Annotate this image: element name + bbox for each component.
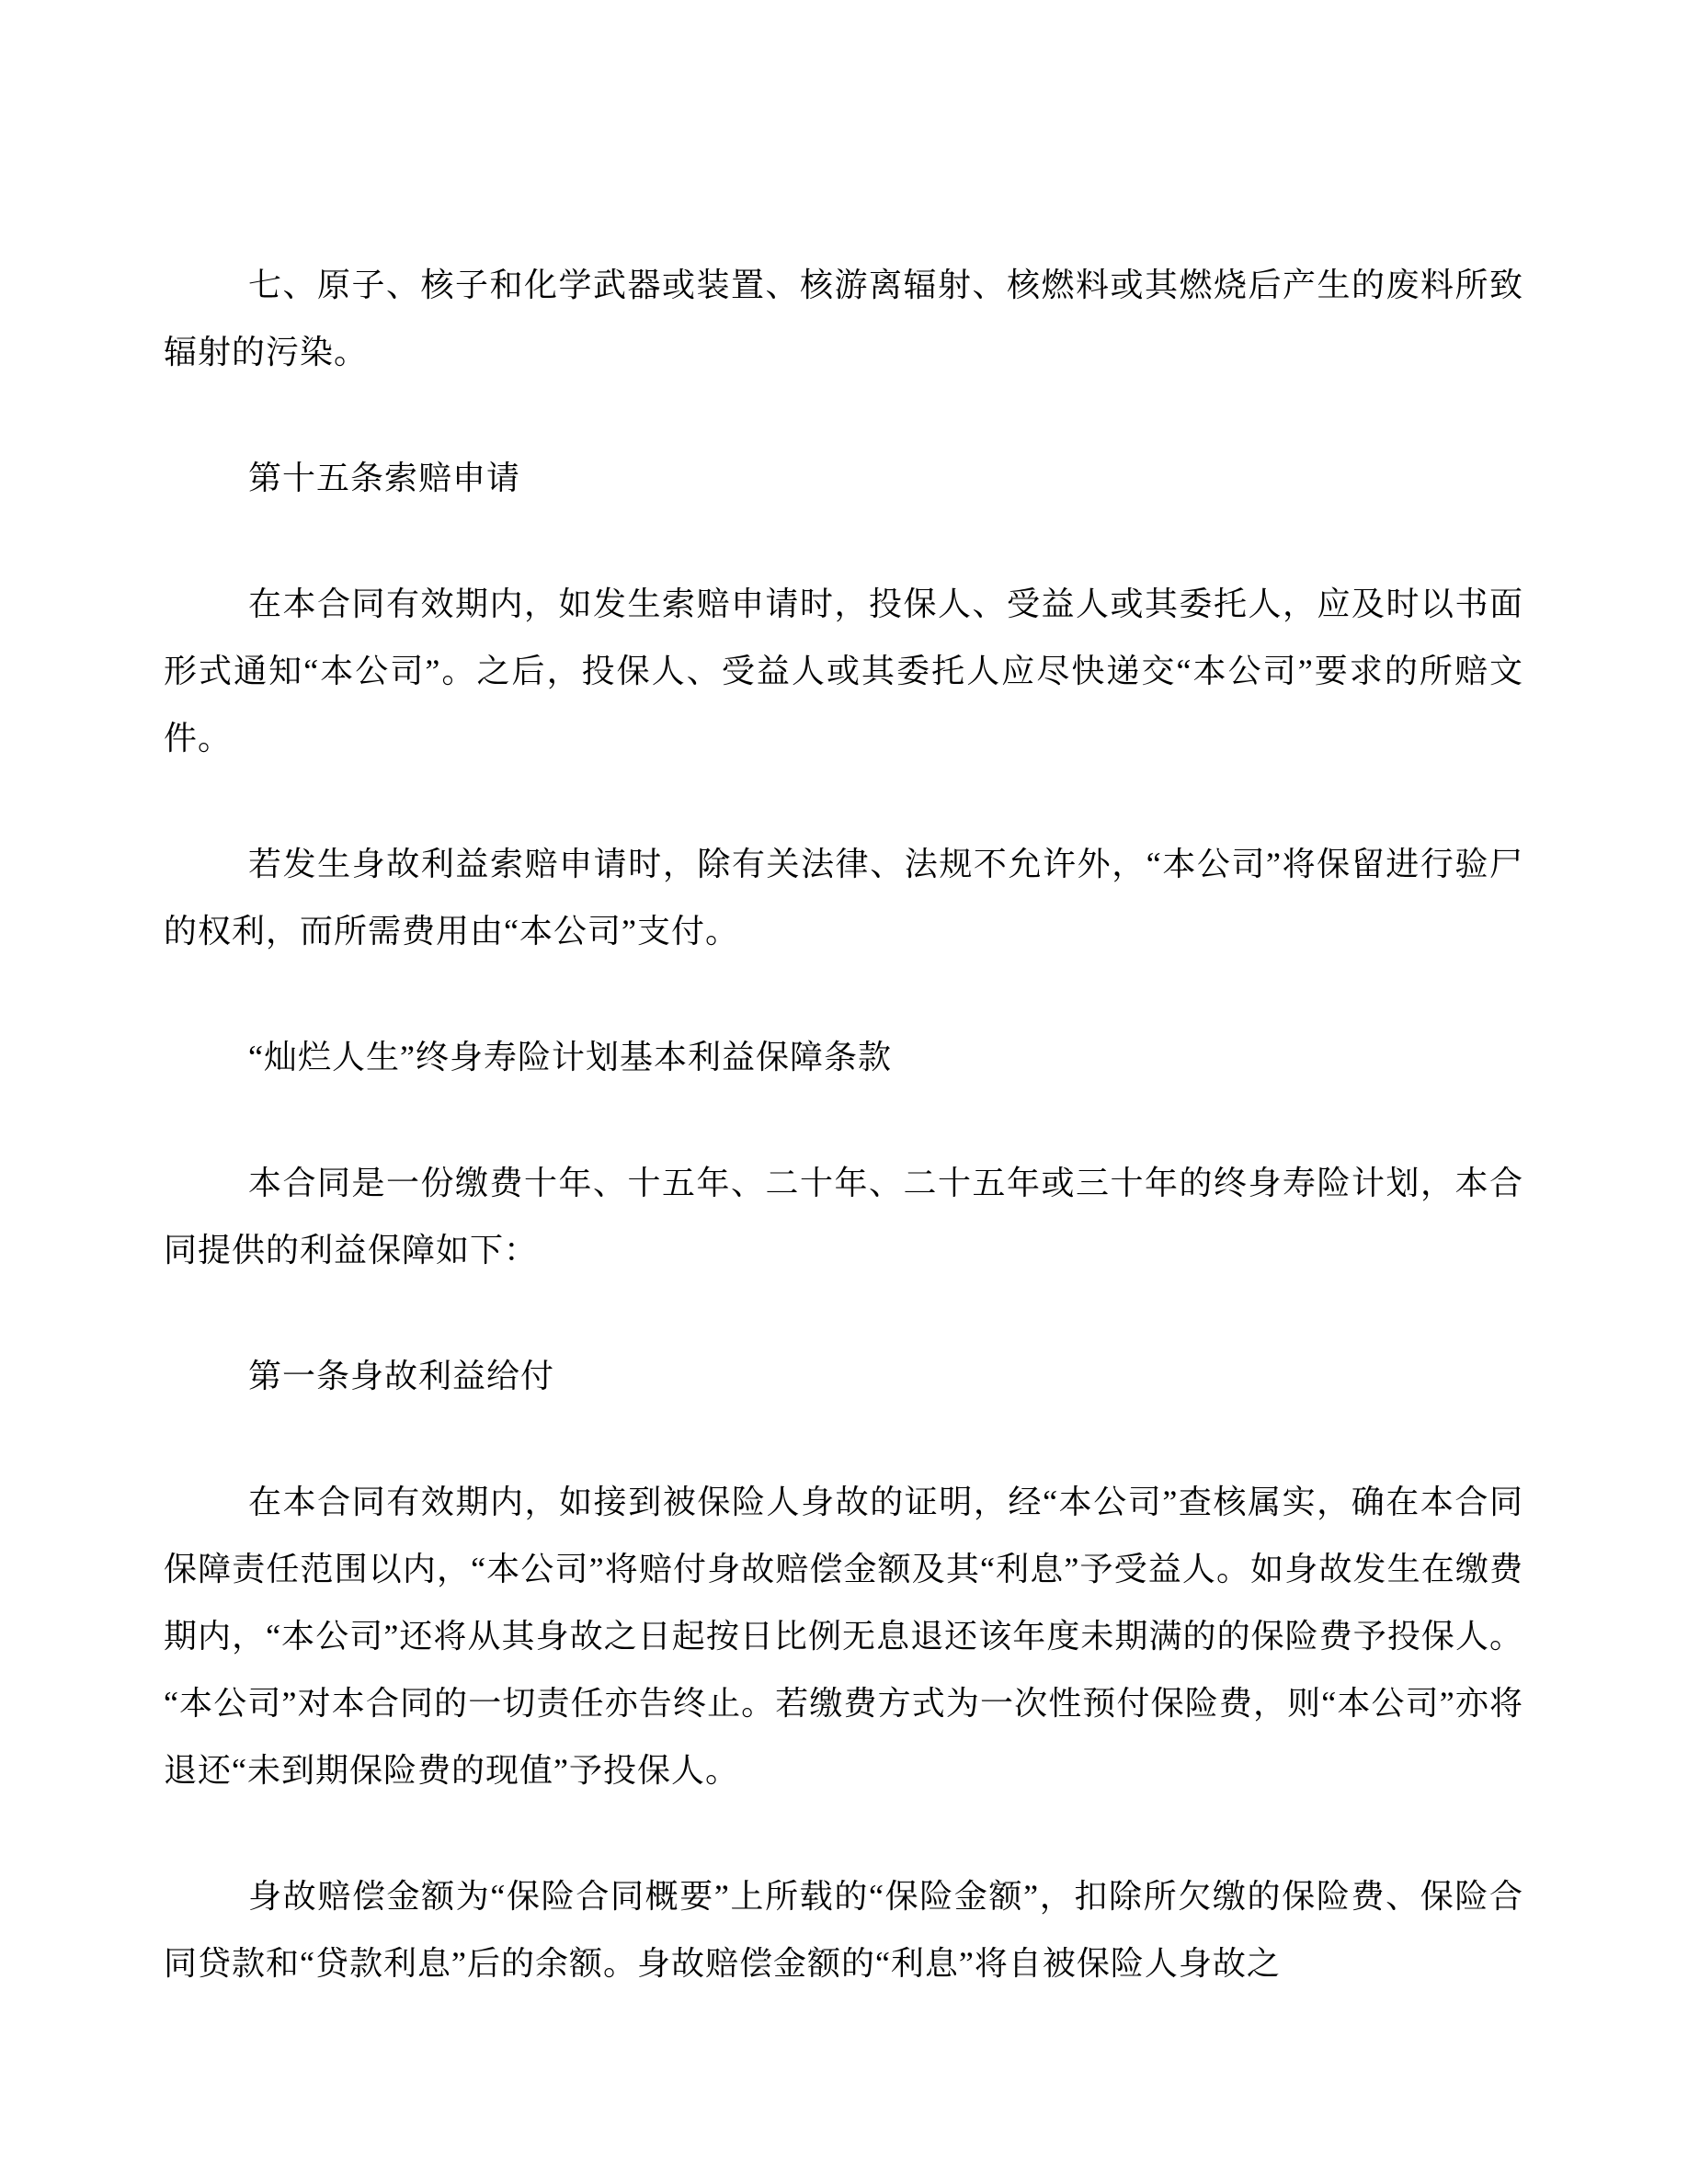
paragraph-death-benefit-claim-autopsy: 若发生身故利益索赔申请时，除有关法律、法规不允许外，“本公司”将保留进行验尸的权… [164,831,1523,965]
paragraph-payment-period-overview: 本合同是一份缴费十年、十五年、二十年、二十五年或三十年的终身寿险计划，本合同提供… [164,1150,1523,1284]
paragraph-claim-notification: 在本合同有效期内，如发生索赔申请时，投保人、受益人或其委托人，应及时以书面形式通… [164,571,1523,772]
section-heading-brilliant-life-plan-terms: “灿烂人生”终身寿险计划基本利益保障条款 [164,1024,1523,1091]
paragraph-death-benefit-amount-definition: 身故赔偿金额为“保险合同概要”上所载的“保险金额”，扣除所欠缴的保险费、保险合同… [164,1863,1523,1997]
paragraph-death-benefit-payment-terms: 在本合同有效期内，如接到被保险人身故的证明，经“本公司”查核属实，确在本合同保障… [164,1469,1523,1804]
section-heading-article-15-claims: 第十五条索赔申请 [164,445,1523,512]
document-page: 七、原子、核子和化学武器或装置、核游离辐射、核燃料或其燃烧后产生的废料所致辐射的… [0,0,1688,2184]
paragraph-nuclear-exclusion: 七、原子、核子和化学武器或装置、核游离辐射、核燃料或其燃烧后产生的废料所致辐射的… [164,252,1523,386]
section-heading-article-1-death-benefit: 第一条身故利益给付 [164,1343,1523,1410]
